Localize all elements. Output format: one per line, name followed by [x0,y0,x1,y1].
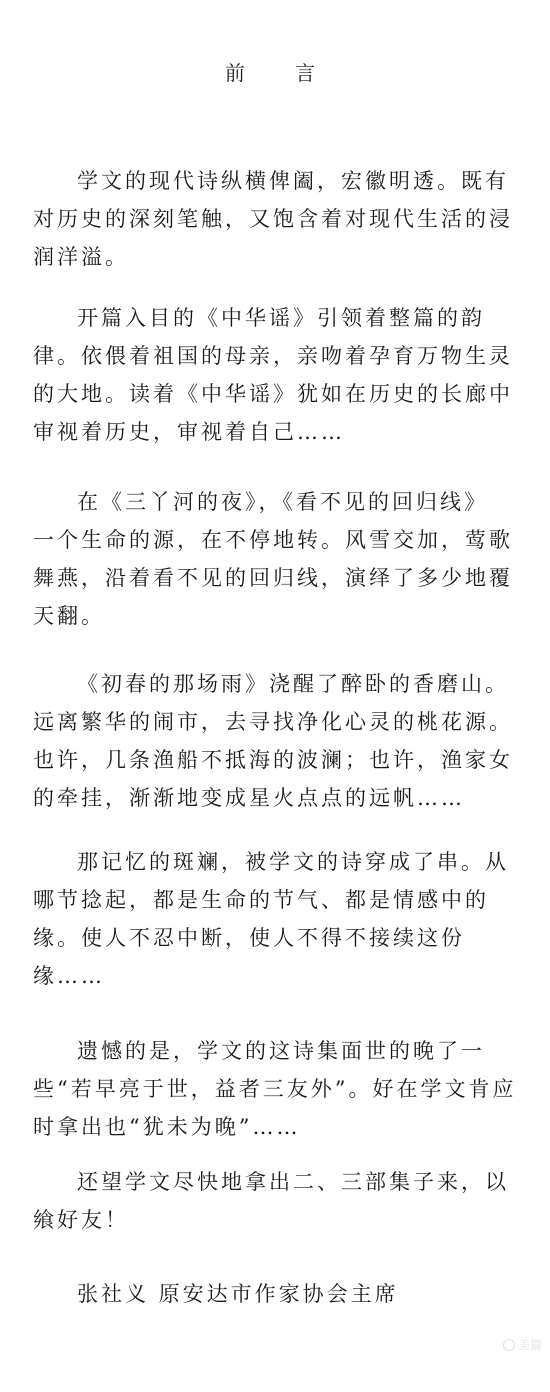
paragraph-line: 的大地。读着《中华谣》犹如在历史的长廊中 [33,375,485,413]
paragraph-line: 审视着历史，审视着自己…… [33,413,485,451]
paragraph-line: 一个生命的源，在不停地转。风雪交加，莺歌 [33,521,485,559]
paragraph-line: 飨好友！ [33,1201,485,1239]
page-title: 前 言 [0,58,550,88]
document-page: 前 言 学文的现代诗纵横俾阖，宏徽明透。既有对历史的深刻笔触，又饱含着对现代生活… [0,0,550,1392]
paragraph-line: 对历史的深刻笔触，又饱含着对现代生活的浸 [33,200,485,238]
paragraph-line: 遗憾的是，学文的这诗集面世的晚了一 [33,1032,485,1070]
paragraph-line: 缘。使人不忍中断，使人不得不接续这份 [33,919,485,957]
watermark: 美篇 [503,1336,542,1353]
paragraph-line: 学文的现代诗纵横俾阖，宏徽明透。既有 [33,162,485,200]
paragraph: 学文的现代诗纵横俾阖，宏徽明透。既有对历史的深刻笔触，又饱含着对现代生活的浸润洋… [33,162,485,276]
paragraph-line: 的牵挂，渐渐地变成星火点点的远帆…… [33,779,485,817]
paragraph: 还望学文尽快地拿出二、三部集子来，以飨好友！ [33,1163,485,1239]
paragraph: 开篇入目的《中华谣》引领着整篇的韵律。依偎着祖国的母亲，亲吻着孕育万物生灵的大地… [33,299,485,451]
paragraph-line: 哪节捻起，都是生命的节气、都是情感中的 [33,881,485,919]
paragraph-line: 时拿出也“犹未为晚”…… [33,1108,485,1146]
paragraph-line: 远离繁华的闹市，去寻找净化心灵的桃花源。 [33,703,485,741]
paragraph: 《初春的那场雨》浇醒了醉卧的香磨山。远离繁华的闹市，去寻找净化心灵的桃花源。也许… [33,665,485,817]
paragraph-line: 《初春的那场雨》浇醒了醉卧的香磨山。 [33,665,485,703]
watermark-label: 美篇 [518,1336,542,1353]
paragraph-line: 律。依偎着祖国的母亲，亲吻着孕育万物生灵 [33,337,485,375]
signature: 张社义 原安达市作家协会主席 [77,1275,399,1313]
paragraph-line: 那记忆的斑斓，被学文的诗穿成了串。从 [33,843,485,881]
paragraph: 在《三丫河的夜》，《看不见的回归线》一个生命的源，在不停地转。风雪交加，莺歌舞燕… [33,483,485,635]
meipian-logo-icon [503,1339,515,1351]
paragraph-line: 舞燕，沿着看不见的回归线，演绎了多少地覆 [33,559,485,597]
paragraph-line: 天翻。 [33,597,485,635]
paragraph-line: 缘…… [33,957,485,995]
paragraph-line: 润洋溢。 [33,238,485,276]
paragraph-line: 些“若早亮于世，益者三友外”。好在学文肯应 [33,1070,485,1108]
paragraph: 那记忆的斑斓，被学文的诗穿成了串。从哪节捻起，都是生命的节气、都是情感中的缘。使… [33,843,485,995]
paragraph-line: 也许，几条渔船不抵海的波澜；也许，渔家女 [33,741,485,779]
paragraph-line: 在《三丫河的夜》，《看不见的回归线》 [33,483,485,521]
paragraph-line: 开篇入目的《中华谣》引领着整篇的韵 [33,299,485,337]
paragraph: 遗憾的是，学文的这诗集面世的晚了一些“若早亮于世，益者三友外”。好在学文肯应时拿… [33,1032,485,1146]
paragraph-line: 还望学文尽快地拿出二、三部集子来，以 [33,1163,485,1201]
